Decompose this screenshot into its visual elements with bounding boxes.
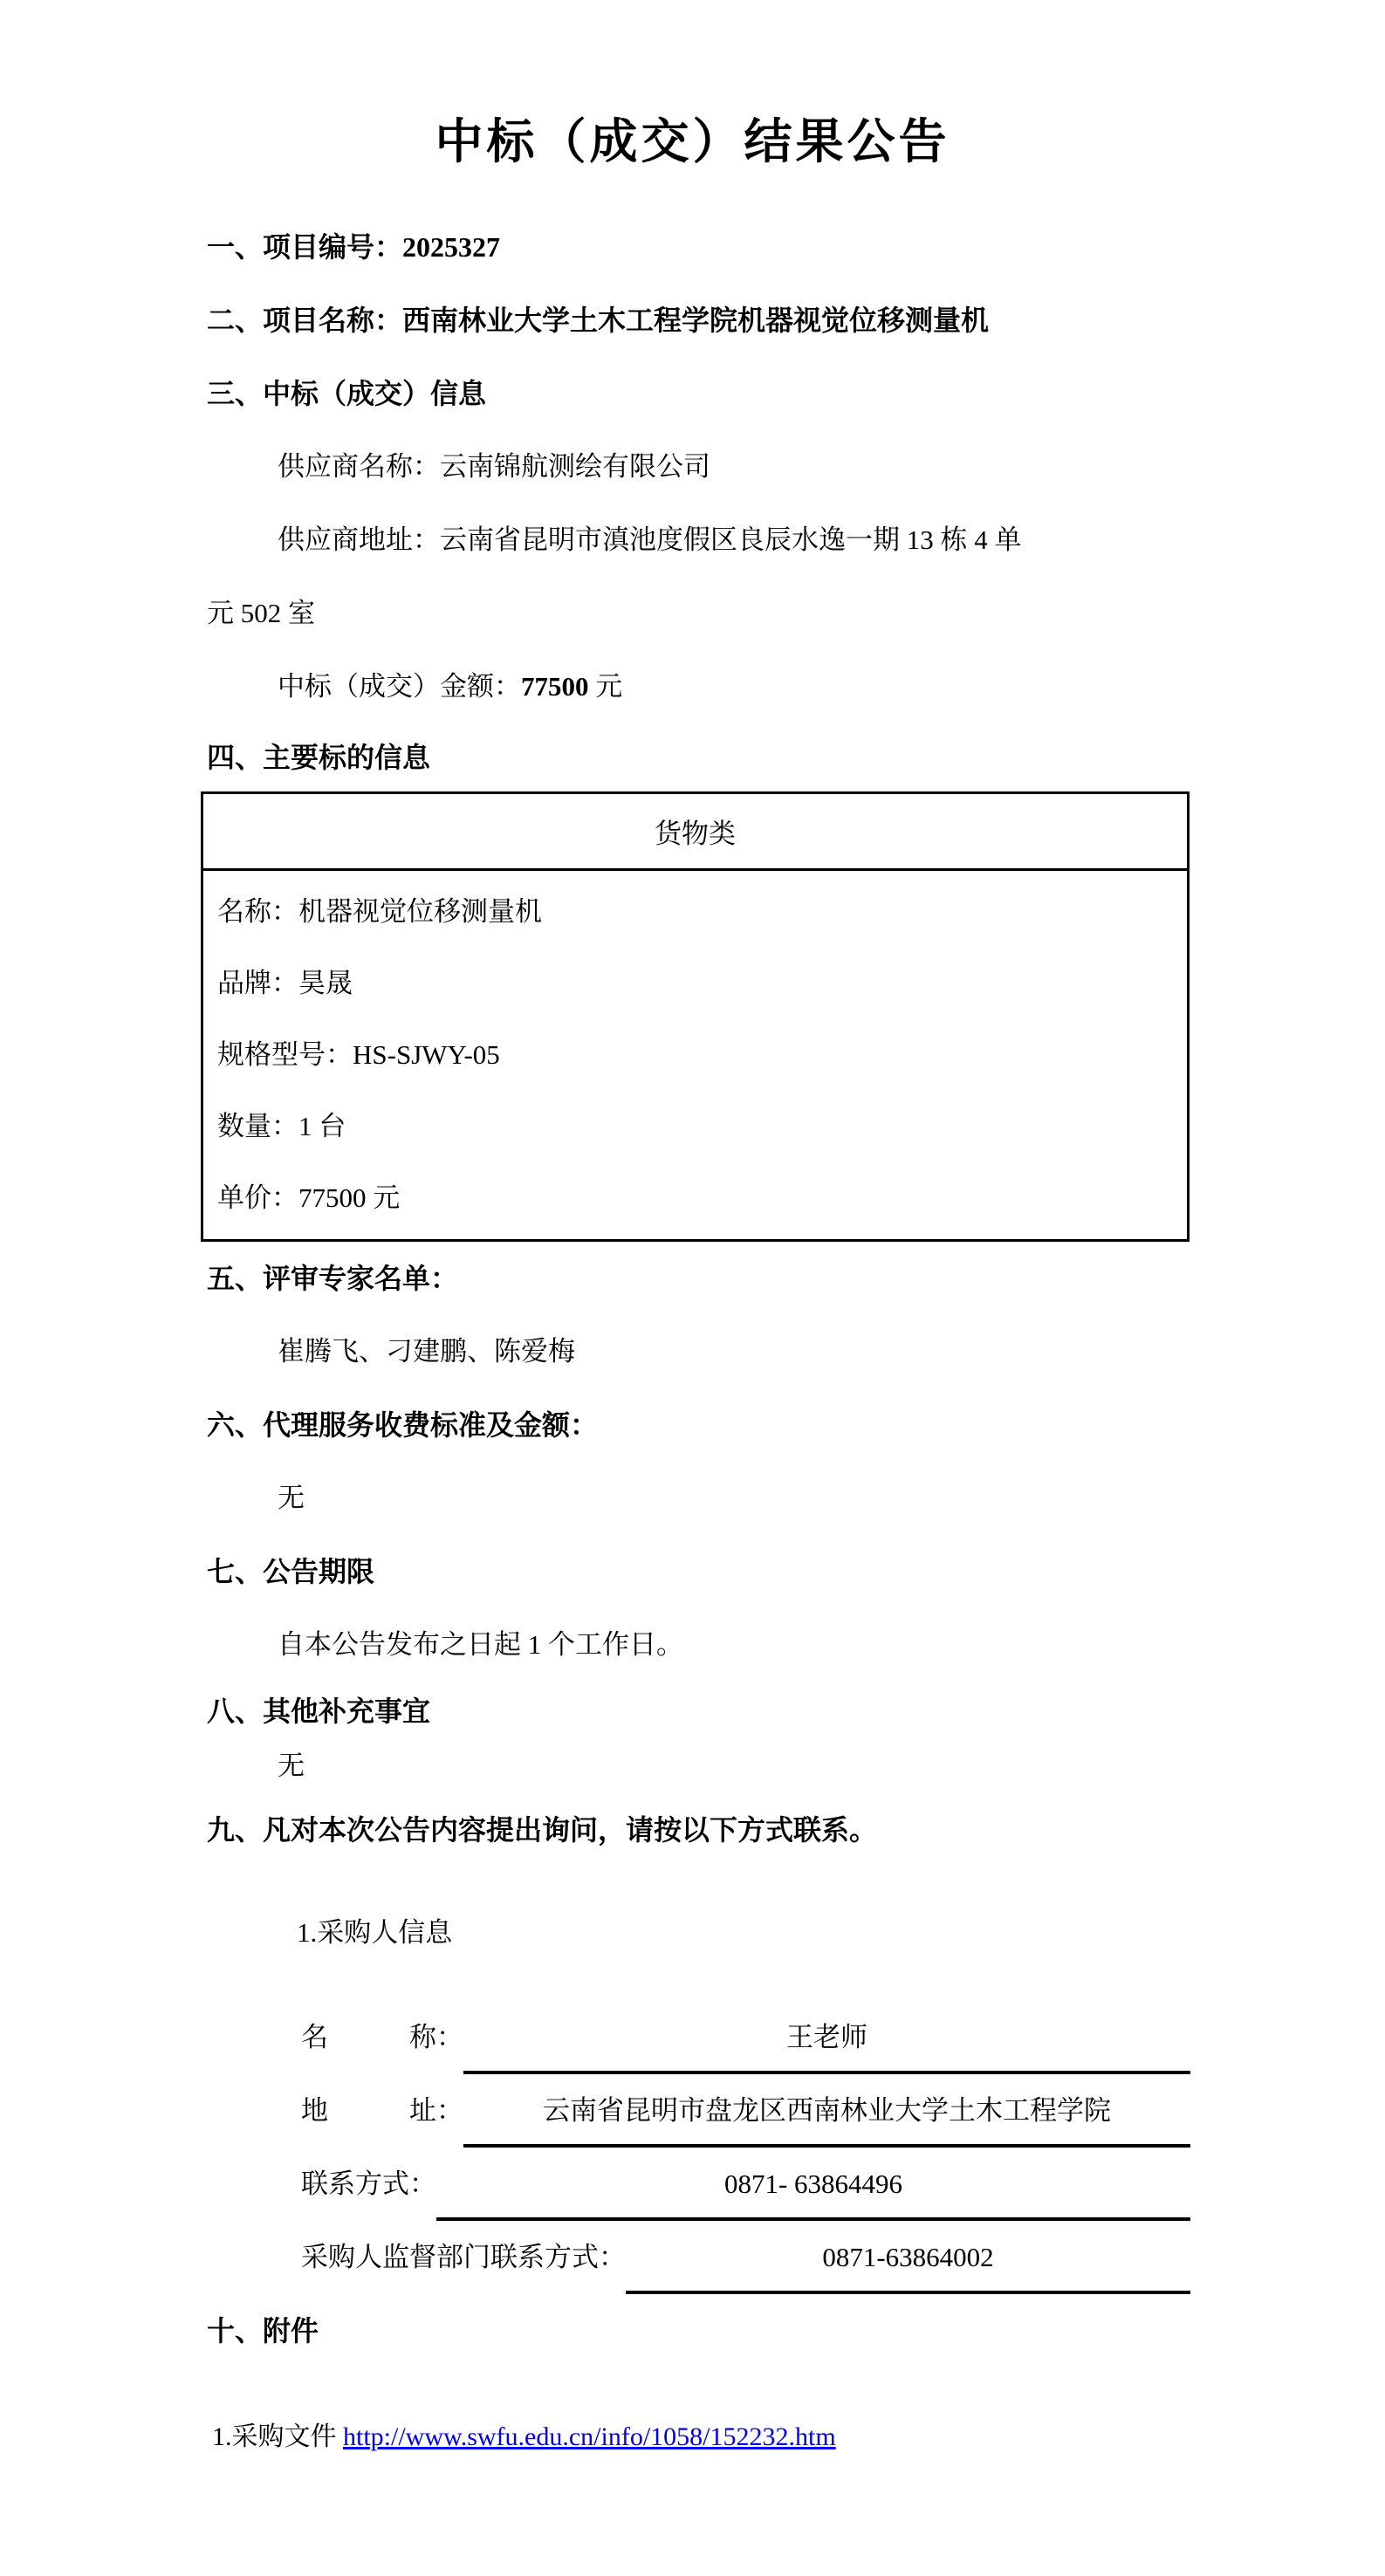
supplier-address-line2: 元 502 室	[207, 577, 1385, 650]
section-7-heading: 七、公告期限	[207, 1535, 1385, 1608]
purchaser-name-row: 名 称： 王老师	[301, 2001, 1190, 2074]
section-5-heading: 五、评审专家名单：	[207, 1242, 1385, 1315]
item-brand: 品牌：昊晟	[217, 948, 1187, 1019]
purchaser-contact-value: 0871- 63864496	[436, 2156, 1190, 2221]
attachment-link[interactable]: http://www.swfu.edu.cn/info/1058/152232.…	[343, 2422, 836, 2451]
section-3-heading: 三、中标（成交）信息	[207, 357, 1385, 430]
subject-table: 货物类 名称：机器视觉位移测量机 品牌：昊晟 规格型号：HS-SJWY-05 数…	[201, 791, 1190, 1242]
section-6-heading: 六、代理服务收费标准及金额：	[207, 1388, 1385, 1462]
project-number: 2025327	[402, 231, 500, 263]
purchaser-name-value: 王老师	[463, 2010, 1190, 2074]
purchaser-address-value: 云南省昆明市盘龙区西南林业大学土木工程学院	[463, 2083, 1190, 2148]
purchaser-name-label: 名 称：	[301, 2010, 463, 2074]
purchaser-address-row: 地 址： 云南省昆明市盘龙区西南林业大学土木工程学院	[301, 2074, 1190, 2148]
section-8-heading: 八、其他补充事宜	[207, 1675, 1385, 1748]
purchaser-contact-label: 联系方式：	[301, 2156, 436, 2221]
section-9-heading: 九、凡对本次公告内容提出询问，请按以下方式联系。	[207, 1793, 1385, 1867]
award-amount-unit: 元	[589, 671, 623, 702]
announcement-period: 自本公告发布之日起 1 个工作日。	[278, 1608, 1385, 1682]
award-amount-label: 中标（成交）金额：	[278, 671, 521, 702]
table-header-row: 货物类	[202, 793, 1189, 870]
purchaser-info-heading: 1.采购人信息	[297, 1896, 1385, 1970]
supplier-name: 供应商名称：云南锦航测绘有限公司	[278, 430, 1385, 504]
section-1-label: 一、项目编号：	[207, 231, 402, 263]
section-10-heading: 十、附件	[207, 2294, 1385, 2367]
item-model: 规格型号：HS-SJWY-05	[217, 1019, 1187, 1091]
item-quantity: 数量：1 台	[217, 1091, 1187, 1162]
supervision-contact-label: 采购人监督部门联系方式：	[301, 2230, 626, 2294]
attachment-line: 1.采购文件 http://www.swfu.edu.cn/info/1058/…	[212, 2401, 1385, 2474]
table-body-row: 名称：机器视觉位移测量机 品牌：昊晟 规格型号：HS-SJWY-05 数量：1 …	[202, 870, 1189, 1241]
section-1-heading: 一、项目编号：2025327	[207, 210, 1385, 284]
supervision-contact-row: 采购人监督部门联系方式： 0871-63864002	[301, 2221, 1190, 2294]
expert-list: 崔腾飞、刁建鹏、陈爱梅	[278, 1315, 1385, 1388]
section-4-heading: 四、主要标的信息	[207, 723, 1385, 791]
other-matters-value: 无	[278, 1739, 1385, 1793]
agency-fee-value: 无	[278, 1462, 1385, 1535]
award-amount-value: 77500	[521, 671, 589, 702]
purchaser-address-label: 地 址：	[301, 2083, 463, 2148]
attachment-label: 1.采购文件	[212, 2422, 343, 2451]
purchaser-contact-row: 联系方式： 0871- 63864496	[301, 2148, 1190, 2221]
table-header-cell: 货物类	[202, 793, 1189, 870]
document-page: 中标（成交）结果公告 一、项目编号：2025327 二、项目名称：西南林业大学土…	[0, 0, 1385, 2474]
item-unit-price: 单价：77500 元	[217, 1162, 1187, 1234]
page-title: 中标（成交）结果公告	[0, 103, 1385, 182]
supervision-contact-value: 0871-63864002	[626, 2230, 1190, 2294]
item-name: 名称：机器视觉位移测量机	[217, 876, 1187, 948]
supplier-address-line1: 供应商地址：云南省昆明市滇池度假区良辰水逸一期 13 栋 4 单	[278, 504, 1385, 577]
section-2-heading: 二、项目名称：西南林业大学土木工程学院机器视觉位移测量机	[207, 284, 1385, 357]
table-body-cell: 名称：机器视觉位移测量机 品牌：昊晟 规格型号：HS-SJWY-05 数量：1 …	[202, 870, 1189, 1241]
award-amount-line: 中标（成交）金额：77500 元	[278, 650, 1385, 723]
